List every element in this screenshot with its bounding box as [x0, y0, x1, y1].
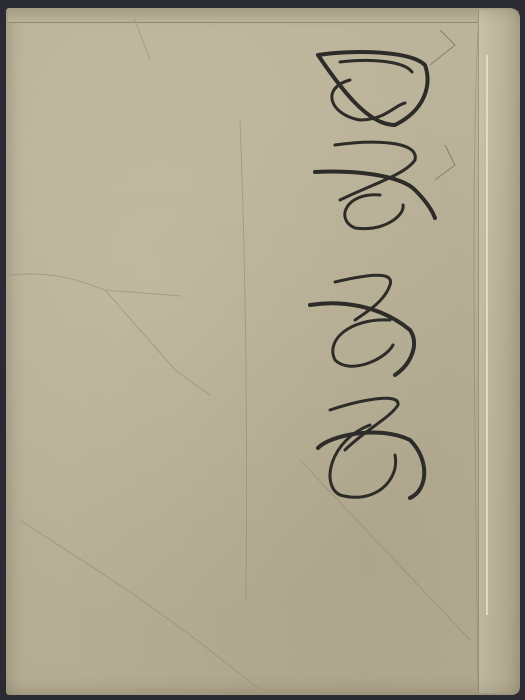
calligraphy-ink [310, 52, 435, 498]
calligraphy-glyph-4 [318, 398, 424, 498]
calligraphy-glyph-3 [310, 275, 414, 375]
pencil-marks [430, 30, 455, 180]
paper-creases [10, 20, 478, 690]
cover-artwork [0, 0, 525, 700]
calligraphy-glyph-2 [315, 142, 435, 228]
scanned-book-cover [0, 0, 525, 700]
calligraphy-glyph-1 [318, 52, 427, 125]
